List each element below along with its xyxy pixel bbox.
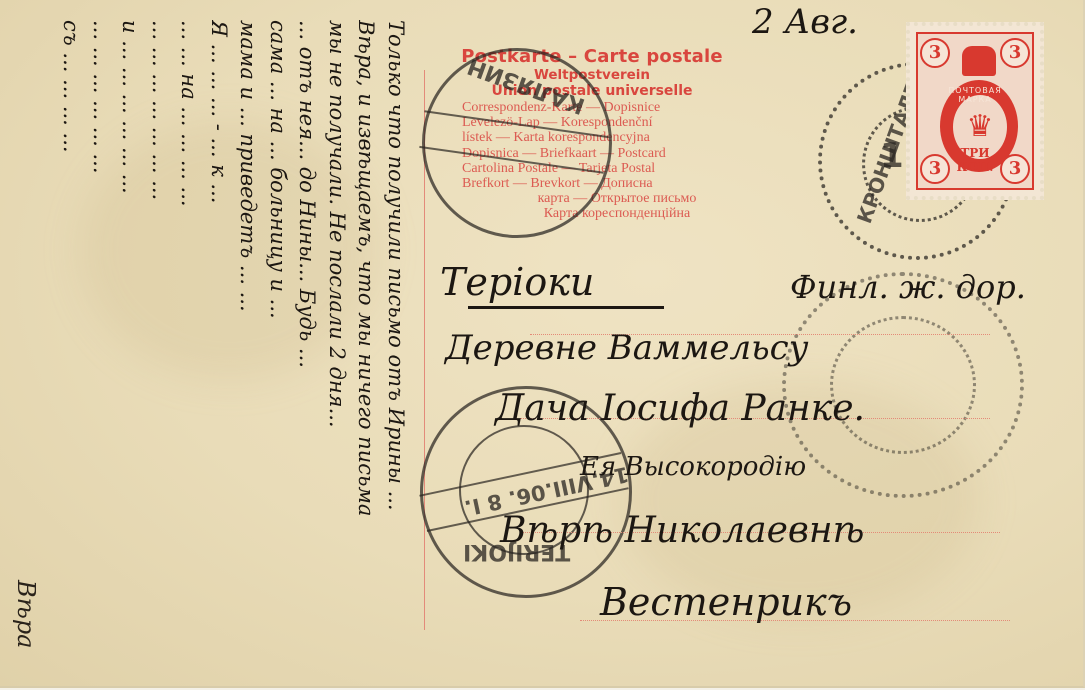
message-line: ... отъ нея... до Нины... Будь ...	[292, 20, 322, 680]
address-dacha: Дача Іосифа Ранке.	[495, 388, 865, 429]
postcard: 2 Авг. Postkarte – Carte postale Weltpos…	[0, 0, 1085, 688]
message-line: Я ... ... ... - ... к ...	[204, 20, 234, 680]
address-underline	[468, 306, 664, 309]
stamp-numeral: 3	[1000, 38, 1030, 68]
handwritten-date: 2 Авг.	[752, 2, 858, 42]
message-line: и ... ... ... ... ... ...	[115, 20, 145, 680]
postage-stamp: 3 3 3 3 ♛ ПОЧТОВАЯ МАРКА ТРИ КОП.	[906, 22, 1044, 200]
stamp-numeral: 3	[920, 38, 950, 68]
crown-icon	[962, 46, 996, 76]
double-headed-eagle-icon: ♛	[953, 109, 1007, 144]
stamp-inscription: ПОЧТОВАЯ МАРКА	[932, 86, 1018, 104]
address-railway-note: Финл. ж. дор.	[790, 268, 1026, 306]
address-recipient-surname: Вестенрикъ	[600, 580, 852, 624]
handwritten-message: Только что получили письмо отъ Ирины ...…	[10, 20, 410, 680]
stamp-value: ТРИ КОП.	[946, 146, 1004, 174]
postmark-upper-left: КАЛЯЗИН	[422, 48, 612, 238]
postmark-bar	[419, 110, 608, 174]
message-line: мы не получали. Не послали 2 дня...	[322, 20, 352, 680]
message-line: ... ... ... ... ... ...	[86, 20, 116, 680]
postmark-inner-ring	[830, 316, 976, 454]
address-recipient-name: Вѣрѣ Николаевнѣ	[500, 510, 864, 551]
stamp-frame: 3 3 3 3 ♛ ПОЧТОВАЯ МАРКА ТРИ КОП.	[916, 32, 1034, 190]
message-line: Вѣра, и извѣщаемъ, что мы ничего письма	[351, 20, 381, 680]
message-line: мама и ... приведетъ ... ...	[233, 20, 263, 680]
message-line: сама ... на ... больницу и ...	[263, 20, 293, 680]
message-signature: Вѣра	[12, 580, 40, 648]
message-line: Только что получили письмо отъ Ирины ...	[381, 20, 411, 680]
message-line: съ ... ... ... ...	[56, 20, 86, 680]
address-town: Теріоки	[440, 260, 594, 304]
message-line: ... ... на ... ... ... ...	[174, 20, 204, 680]
address-village: Деревне Ваммельсу	[445, 328, 808, 368]
address-honorific: Ея Высокородію	[580, 452, 806, 482]
message-line: ... ... ... ... ... ... ...	[145, 20, 175, 680]
